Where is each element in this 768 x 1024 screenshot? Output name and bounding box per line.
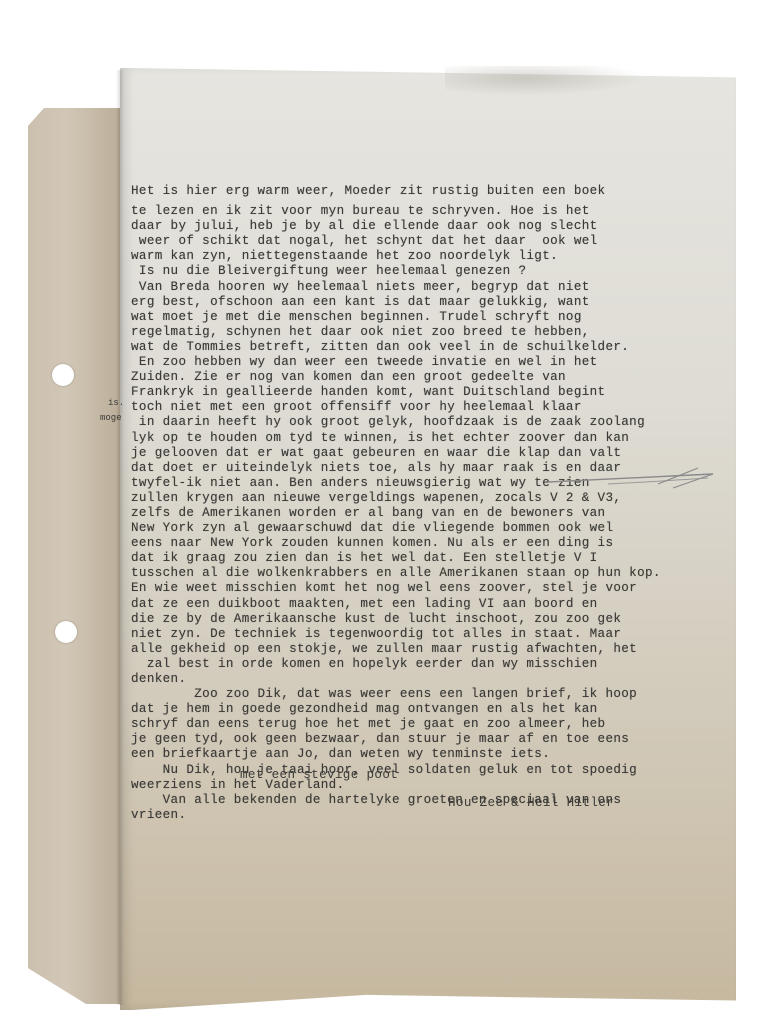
letter-line: wat moet je met die menschen beginnen. T…	[131, 310, 691, 325]
margin-note: is.	[108, 398, 124, 408]
letter-line: vrieen.	[131, 808, 691, 823]
letter-line: zullen krygen aan nieuwe vergeldings wap…	[131, 491, 691, 506]
letter-line: weer of schikt dat nogal, het schynt dat…	[131, 234, 691, 249]
letter-line: warm kan zyn, niettegenstaande het zoo n…	[131, 249, 691, 264]
letter-line: alle gekheid op een stokje, we zullen ma…	[131, 642, 691, 657]
letter-line: Zuiden. Zie er nog van komen dan een gro…	[131, 370, 691, 385]
margin-note: moge	[100, 413, 122, 423]
letter-line: lyk op te houden om tyd te winnen, is he…	[131, 431, 691, 446]
punch-hole	[52, 364, 74, 386]
letter-line: dat je hem in goede gezondheid mag ontva…	[131, 702, 691, 717]
letter-line: weerziens in het Vaderland.	[131, 778, 691, 793]
letter-line: niet zyn. De techniek is tegenwoordig to…	[131, 627, 691, 642]
punch-hole	[55, 621, 77, 643]
folded-paper-edge	[26, 108, 126, 1004]
letter-line: erg best, ofschoon aan een kant is dat m…	[131, 295, 691, 310]
letter-line: Is nu die Bleivergiftung weer heelemaal …	[131, 264, 691, 279]
letter-line: daar by jului, heb je by al die ellende …	[131, 219, 691, 234]
letter-line: dat ze een duikboot maakten, met een lad…	[131, 597, 691, 612]
letter-line: wat de Tommies betreft, zitten dan ook v…	[131, 340, 691, 355]
letter-line: te lezen en ik zit voor myn bureau te sc…	[131, 204, 691, 219]
torn-top-edge	[445, 66, 645, 96]
letter-line: Van Breda hooren wy heelemaal niets meer…	[131, 280, 691, 295]
letter-line: zal best in orde komen en hopelyk eerder…	[131, 657, 691, 672]
letter-line: Nu Dik, hou je taai hoor, veel soldaten …	[131, 763, 691, 778]
letter-line: toch niet met een groot offensiff voor h…	[131, 400, 691, 415]
letter-line: Frankryk in geallieerde handen komt, wan…	[131, 385, 691, 400]
letter-line: schryf dan eens terug hoe het met je gaa…	[131, 717, 691, 732]
letter-line: Zoo zoo Dik, dat was weer eens een lange…	[131, 687, 691, 702]
letter-line: En zoo hebben wy dan weer een tweede inv…	[131, 355, 691, 370]
letter-line: zelfs de Amerikanen worden er al bang va…	[131, 506, 691, 521]
letter-line: New York zyn al gewaarschuwd dat die vli…	[131, 521, 691, 536]
fold-shadow	[116, 70, 124, 1005]
letter-line: je geen tyd, ook geen bezwaar, dan stuur…	[131, 732, 691, 747]
letter-line: tusschen al die wolkenkrabbers en alle A…	[131, 566, 691, 581]
letter-line: dat ik graag zou zien dan is het wel dat…	[131, 551, 691, 566]
closing-line: met een stevige poot	[240, 768, 398, 782]
letter-body: Het is hier erg warm weer, Moeder zit ru…	[131, 184, 691, 823]
letter-line: in daarin heeft hy ook groot gelyk, hoof…	[131, 415, 691, 430]
letter-line: eens naar New York zouden kunnen komen. …	[131, 536, 691, 551]
letter-line: regelmatig, schynen het daar ook niet zo…	[131, 325, 691, 340]
letter-line: Het is hier erg warm weer, Moeder zit ru…	[131, 184, 691, 199]
letter-line: denken.	[131, 672, 691, 687]
signature-line: Hou Zee & Heil Hitler	[448, 796, 614, 810]
pencil-arrow-icon	[548, 462, 718, 492]
letter-line: die ze by de Amerikaansche kust de lucht…	[131, 612, 691, 627]
letter-line: je gelooven dat er wat gaat gebeuren en …	[131, 446, 691, 461]
letter-line: En wie weet misschien komt het nog wel e…	[131, 581, 691, 596]
letter-line: een briefkaartje aan Jo, dan weten wy te…	[131, 747, 691, 762]
